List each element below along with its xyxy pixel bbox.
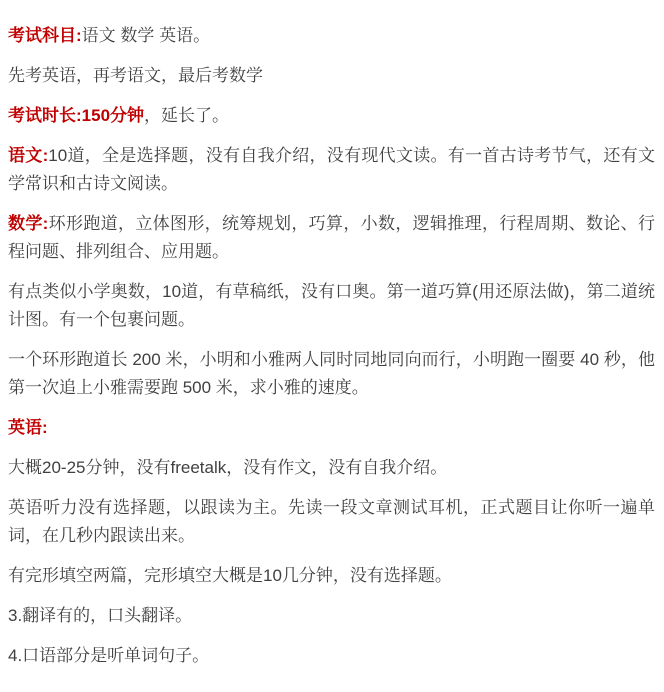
para-math-notes: 有点类似小学奥数，10道，有草稿纸，没有口奥。第一道巧算(用还原法做)，第二道统… [8,278,655,334]
exam-order-text: 先考英语，再考语文，最后考数学 [8,66,263,85]
exam-subjects-label: 考试科目: [8,26,82,45]
math-label: 数学: [8,214,48,233]
english-duration-text: 大概20-25分钟，没有freetalk，没有作文，没有自我介绍。 [8,458,447,477]
chinese-label: 语文: [8,146,48,165]
para-math-problem: 一个环形跑道长 200 米，小明和小雅两人同时同地同向而行，小明跑一圈要 40 … [8,346,655,402]
para-chinese: 语文:10道，全是选择题，没有自我介绍，没有现代文读。有一首古诗考节气，还有文学… [8,142,655,198]
english-label: 英语: [8,418,48,437]
english-speaking-text: 4.口语部分是听单词句子。 [8,646,209,665]
chinese-text: 10道，全是选择题，没有自我介绍，没有现代文读。有一首古诗考节气，还有文学常识和… [8,146,655,193]
math-problem-text: 一个环形跑道长 200 米，小明和小雅两人同时同地同向而行，小明跑一圈要 40 … [8,350,655,397]
para-exam-duration: 考试时长:150分钟，延长了。 [8,102,655,130]
para-english-translation: 3.翻译有的，口头翻译。 [8,602,655,630]
para-english-duration: 大概20-25分钟，没有freetalk，没有作文，没有自我介绍。 [8,454,655,482]
para-math: 数学:环形跑道，立体图形，统筹规划，巧算，小数，逻辑推理，行程周期、数论、行程问… [8,210,655,266]
para-exam-subjects: 考试科目:语文 数学 英语。 [8,22,655,50]
english-cloze-text: 有完形填空两篇，完形填空大概是10几分钟，没有选择题。 [8,566,452,585]
math-notes-text: 有点类似小学奥数，10道，有草稿纸，没有口奥。第一道巧算(用还原法做)，第二道统… [8,282,655,329]
para-english-heading: 英语: [8,414,655,442]
english-translation-text: 3.翻译有的，口头翻译。 [8,606,192,625]
exam-duration-text: ，延长了。 [144,106,229,125]
para-english-cloze: 有完形填空两篇，完形填空大概是10几分钟，没有选择题。 [8,562,655,590]
para-english-listening: 英语听力没有选择题，以跟读为主。先读一段文章测试耳机，正式题目让你听一遍单词，在… [8,494,655,550]
para-exam-order: 先考英语，再考语文，最后考数学 [8,62,655,90]
english-listening-text: 英语听力没有选择题，以跟读为主。先读一段文章测试耳机，正式题目让你听一遍单词，在… [8,498,655,545]
exam-duration-label: 考试时长:150分钟 [8,106,144,125]
para-english-speaking: 4.口语部分是听单词句子。 [8,642,655,670]
exam-notes-article: 考试科目:语文 数学 英语。 先考英语，再考语文，最后考数学 考试时长:150分… [8,22,655,670]
exam-subjects-text: 语文 数学 英语。 [82,26,210,45]
math-text: 环形跑道，立体图形，统筹规划，巧算，小数，逻辑推理，行程周期、数论、行程问题、排… [8,214,655,261]
